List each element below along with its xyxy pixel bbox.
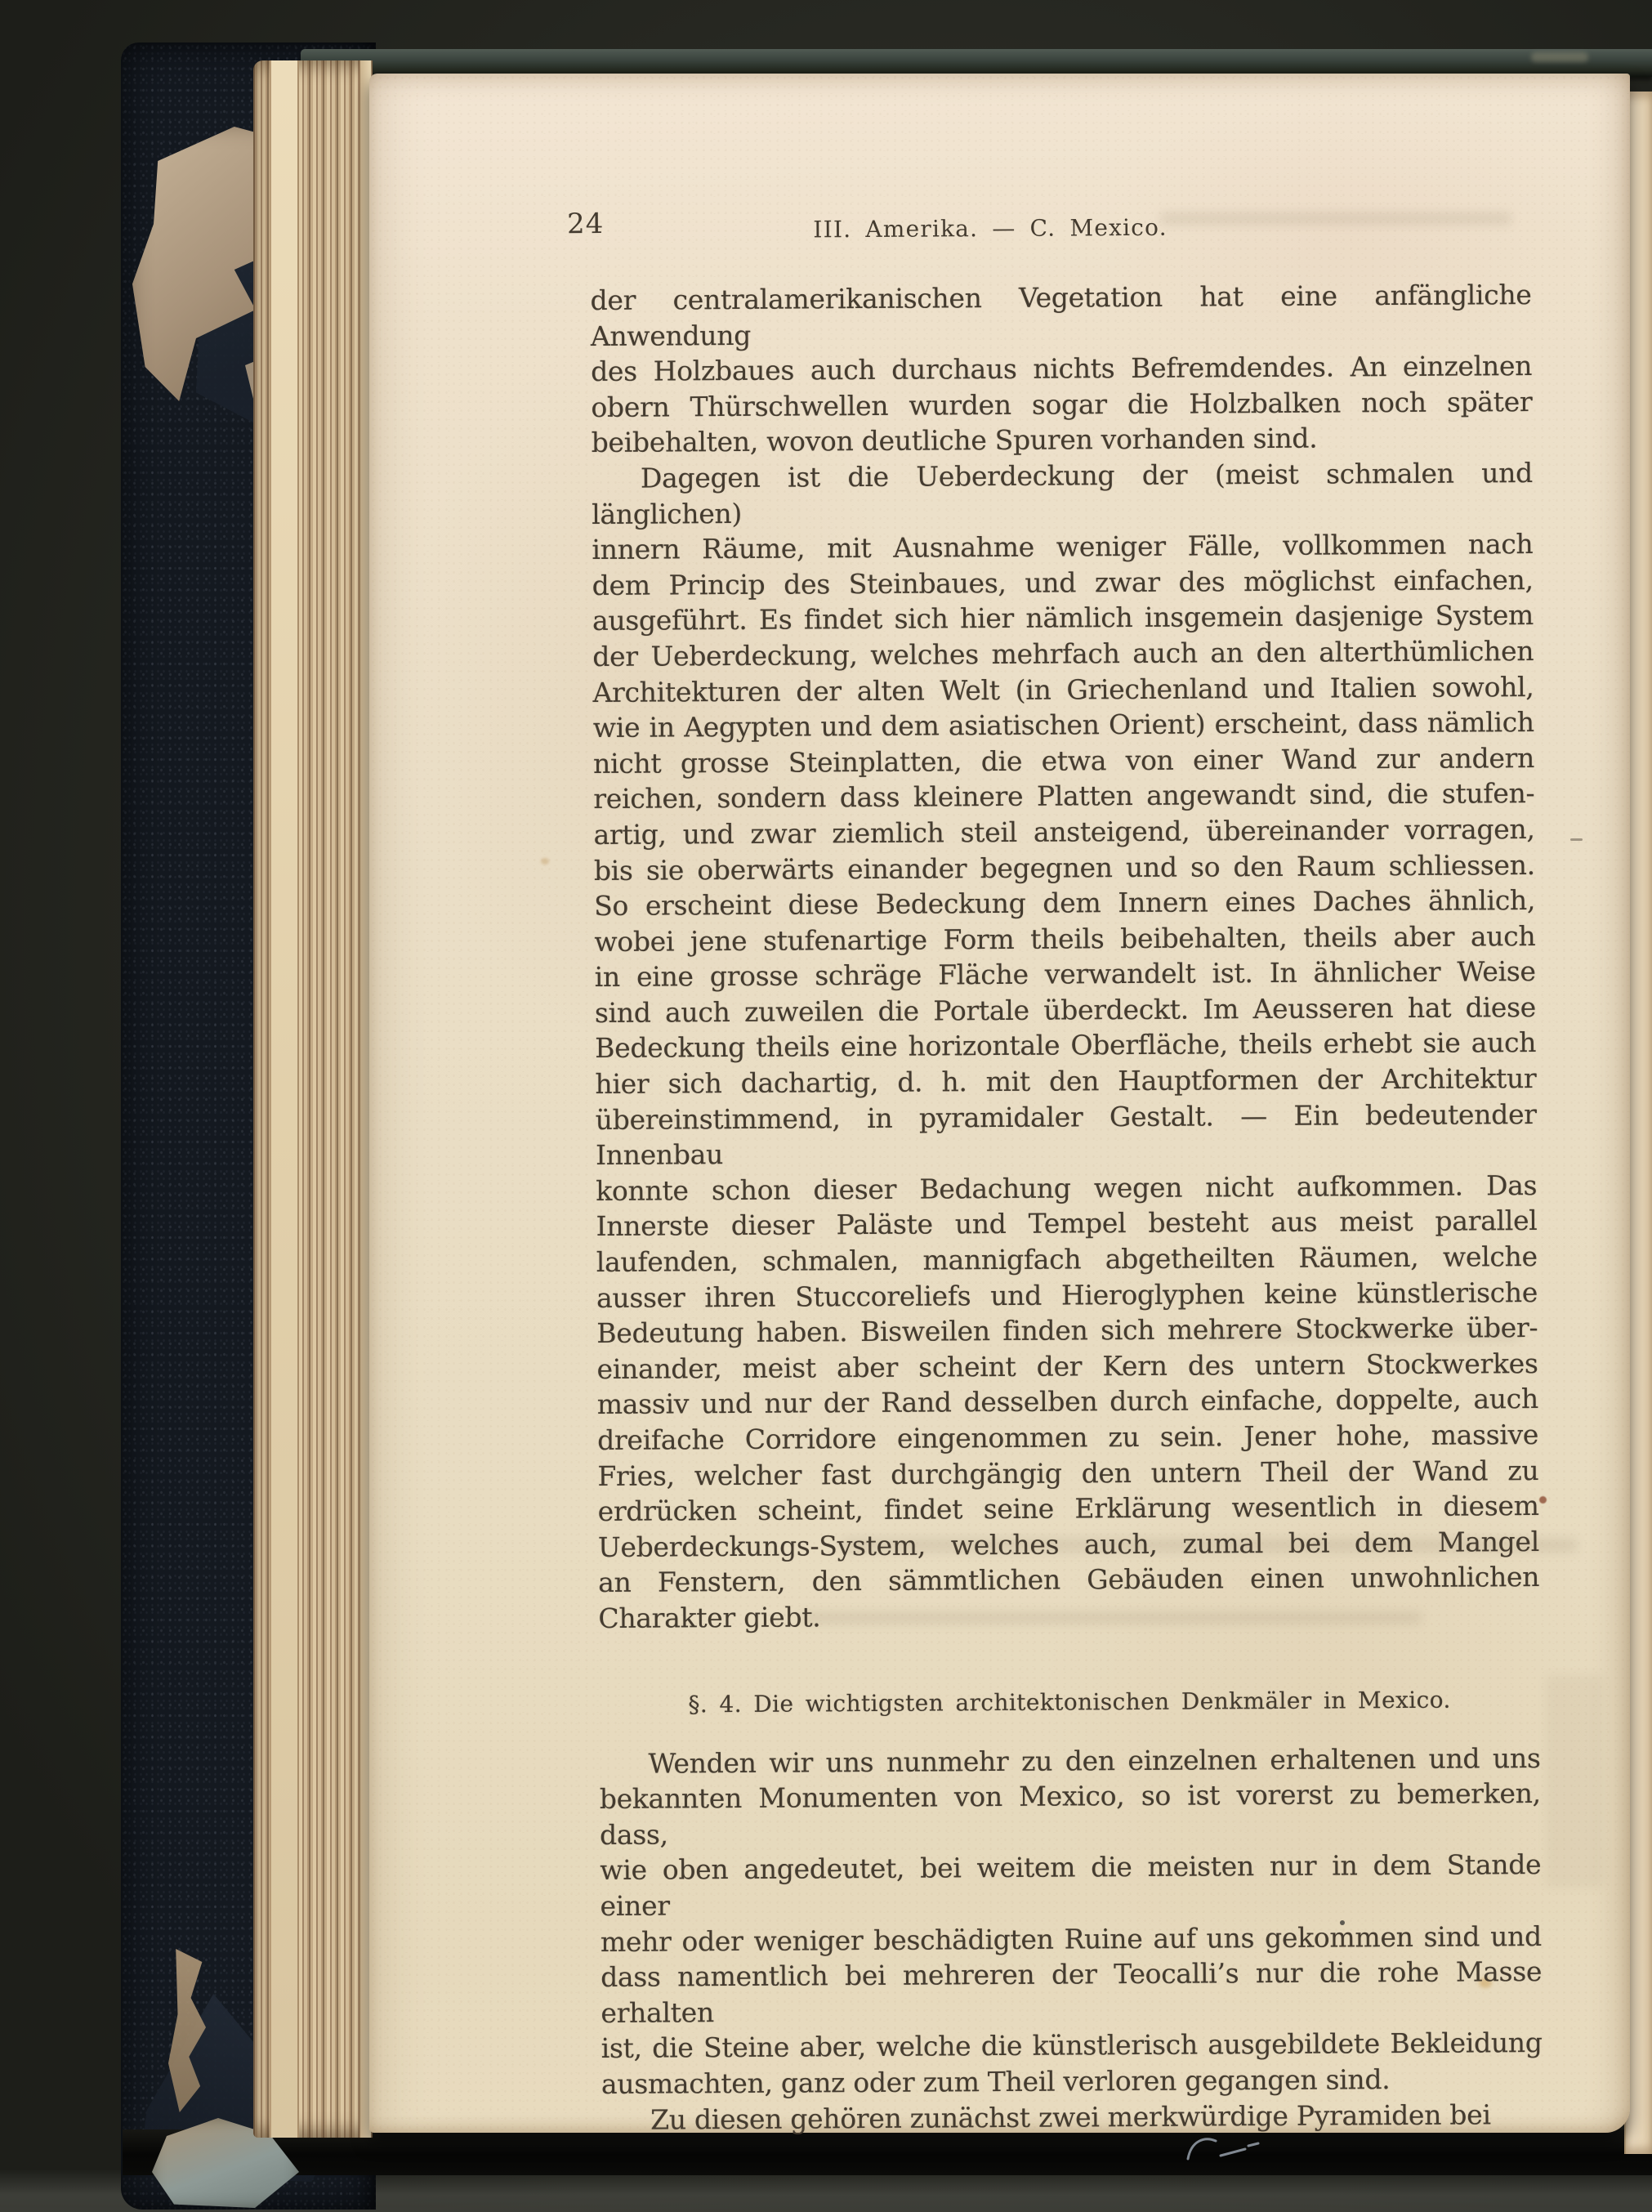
text-line: massiv und nur der Rand desselben durch … — [597, 1381, 1538, 1423]
text-line: nicht grosse Steinplatten, die etwa von … — [593, 740, 1534, 782]
page-text: der centralamerikanischen Vegetation hat… — [590, 277, 1543, 2138]
text-line: wie in Aegypten und dem asiatischen Orie… — [593, 704, 1534, 746]
text-line: obern Thürschwellen wurden sogar die Hol… — [591, 384, 1532, 426]
text-line: artig, und zwar ziemlich steil ansteigen… — [593, 811, 1534, 853]
text-line: bekannten Monumenten von Mexico, so ist … — [600, 1776, 1542, 1852]
text-line: des Holzbaues auch durchaus nichts Befre… — [591, 348, 1532, 390]
text-line: wobei jene stufenartige Form theils beib… — [594, 918, 1535, 960]
text-line: an Fenstern, den sämmtlichen Gebäuden ei… — [598, 1559, 1539, 1601]
text-line: ausgeführt. Es findet sich hier nämlich … — [592, 597, 1534, 639]
text-line: ist, die Steine aber, welche die künstle… — [601, 2025, 1543, 2067]
text-line: ausmachten, ganz oder zum Theil verloren… — [601, 2061, 1543, 2103]
text-line: konnte schon dieser Bedachung wegen nich… — [596, 1168, 1537, 1209]
text-line: Dagegen ist die Ueberdeckung der (meist … — [592, 455, 1534, 532]
text-line: Bedeckung theils eine horizontale Oberfl… — [595, 1025, 1536, 1066]
paragraph-4: Zu diesen gehören zunächst zwei merkwürd… — [601, 2096, 1543, 2138]
running-header: III. Amerika. — C. Mexico. — [590, 215, 1391, 243]
text-line: dem Princip des Steinbaues, und zwar des… — [592, 562, 1534, 604]
text-line: mehr oder weniger beschädigten Ruine auf… — [601, 1919, 1542, 1960]
text-line: einander, meist aber scheint der Kern de… — [596, 1346, 1538, 1388]
text-line: reichen, sondern dass kleinere Platten a… — [593, 775, 1534, 817]
paragraph-2: Dagegen ist die Ueberdeckung der (meist … — [592, 455, 1540, 1637]
photo-background: 24 III. Amerika. — C. Mexico. der centra… — [0, 0, 1652, 2212]
text-line: So erscheint diese Bedeckung dem Innern … — [594, 883, 1535, 924]
page-stack-band — [270, 60, 299, 2138]
text-line: hier sich dachartig, d. h. mit den Haupt… — [595, 1061, 1536, 1102]
printed-text-layer: 24 III. Amerika. — C. Mexico. der centra… — [364, 69, 1636, 2136]
section-heading: §. 4. Die wichtigsten architektonischen … — [599, 1683, 1540, 1722]
text-line: dass namentlich bei mehreren der Teocall… — [601, 1954, 1543, 2031]
text-line: sind auch zuweilen die Portale überdeckt… — [595, 990, 1536, 1031]
text-line: Innerste dieser Paläste und Tempel beste… — [596, 1203, 1537, 1245]
text-line: Bedeutung haben. Bisweilen finden sich m… — [596, 1310, 1538, 1352]
text-line: übereinstimmend, in pyramidaler Gestalt.… — [596, 1097, 1538, 1173]
text-line: Zu diesen gehören zunächst zwei merkwürd… — [601, 2096, 1543, 2138]
text-line: ausser ihren Stuccoreliefs und Hieroglyp… — [596, 1275, 1538, 1316]
text-line: der Ueberdeckung, welches mehrfach auch … — [592, 633, 1534, 675]
text-line: Ueberdeckungs-System, welches auch, zuma… — [598, 1524, 1539, 1566]
text-line: bis sie oberwärts einander begegnen und … — [594, 847, 1535, 888]
text-line: Architekturen der alten Welt (in Grieche… — [592, 669, 1534, 711]
text-line: Charakter giebt. — [598, 1595, 1539, 1637]
text-line: der centralamerikanischen Vegetation hat… — [590, 277, 1532, 354]
paragraph-3: Wenden wir uns nunmehr zu den einzelnen … — [599, 1741, 1543, 2103]
text-line: Wenden wir uns nunmehr zu den einzelnen … — [599, 1741, 1540, 1782]
paragraph-1: der centralamerikanischen Vegetation hat… — [590, 277, 1532, 461]
text-line: laufenden, schmalen, mannigfach abgethei… — [596, 1239, 1538, 1280]
text-line: Fries, welcher fast durchgängig den unte… — [597, 1453, 1538, 1495]
scratch-mark — [1183, 2131, 1265, 2167]
text-line: beibehalten, wovon deutliche Spuren vorh… — [592, 419, 1533, 461]
book-page: 24 III. Amerika. — C. Mexico. der centra… — [369, 74, 1630, 2133]
text-line: dreifache Corridore eingenommen zu sein.… — [597, 1417, 1538, 1459]
page-stack-edges — [253, 60, 373, 2138]
text-line: innern Räume, mit Ausnahme weniger Fälle… — [592, 526, 1533, 568]
text-line: wie oben angedeutet, bei weitem die meis… — [600, 1847, 1542, 1924]
text-line: in eine grosse schräge Fläche verwandelt… — [595, 954, 1536, 995]
text-line: erdrücken scheint, findet seine Erklärun… — [598, 1488, 1539, 1530]
